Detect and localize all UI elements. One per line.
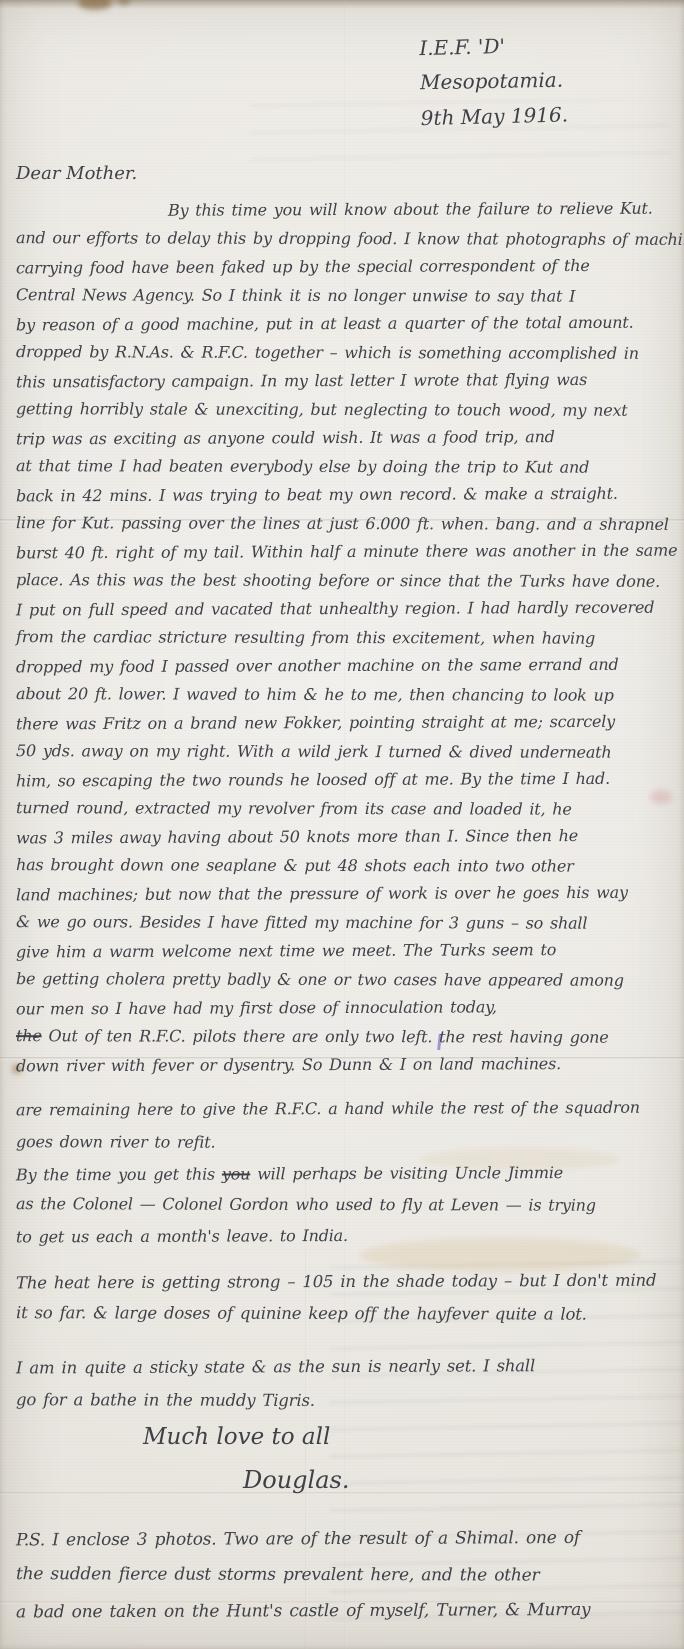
signature: Douglas. xyxy=(243,1466,684,1494)
para-1: By this time you will know about the fai… xyxy=(16,196,672,1080)
letter-header: I.E.F. 'D' Mesopotamia. 9th May 1916. xyxy=(419,25,671,135)
handwritten-line: By the time you get this you will perhap… xyxy=(16,1157,672,1191)
handwritten-line: at that time I had beaten everybody else… xyxy=(16,452,672,482)
handwritten-line: the sudden fierce dust storms prevalent … xyxy=(16,1556,672,1594)
handwritten-line: line for Kut. passing over the lines at … xyxy=(16,509,672,539)
postscript: P.S. I enclose 3 photos. Two are of the … xyxy=(16,1521,672,1629)
handwritten-line: as the Colonel — Colonel Gordon who used… xyxy=(16,1188,672,1221)
para-2: are remaining here to give the R.F.C. a … xyxy=(16,1092,672,1160)
handwritten-line: dropped by R.N.As. & R.F.C. together – w… xyxy=(16,338,672,368)
handwritten-line: By this time you will know about the fai… xyxy=(16,195,672,226)
handwritten-line: give him a warm welcome next time we mee… xyxy=(16,936,672,967)
handwritten-line: getting horribly stale & unexciting, but… xyxy=(16,395,672,425)
para-4: The heat here is getting strong – 105 in… xyxy=(16,1266,672,1330)
handwritten-line: about 20 ft. lower. I waved to him & he … xyxy=(16,680,672,710)
handwritten-line: burst 40 ft. right of my tail. Within ha… xyxy=(16,537,672,568)
handwritten-line: go for a bathe in the muddy Tigris. xyxy=(16,1383,672,1419)
handwritten-line: P.S. I enclose 3 photos. Two are of the … xyxy=(16,1520,672,1559)
handwritten-line: land machines; but now that the pressure… xyxy=(16,879,672,910)
handwritten-line: by reason of a good machine, put in at l… xyxy=(16,309,672,340)
handwritten-line: down river with fever or dysentry. So Du… xyxy=(16,1050,672,1081)
handwritten-line: I am in quite a sticky state & as the su… xyxy=(16,1349,672,1386)
handwritten-line: be getting cholera pretty badly & one or… xyxy=(16,965,672,995)
stain-spot xyxy=(118,0,130,5)
handwritten-line: this unsatisfactory campaign. In my last… xyxy=(16,366,672,397)
handwritten-line: I put on full speed and vacated that unh… xyxy=(16,594,672,625)
handwritten-line: carrying food have been faked up by the … xyxy=(16,252,672,283)
handwritten-line: 50 yds. away on my right. With a wild je… xyxy=(16,737,672,767)
para-5: I am in quite a sticky state & as the su… xyxy=(16,1350,672,1418)
handwritten-line: from the cardiac stricture resulting fro… xyxy=(16,623,672,653)
letter-page: I.E.F. 'D' Mesopotamia. 9th May 1916. De… xyxy=(0,0,684,1649)
handwritten-line: & we go ours. Besides I have fitted my m… xyxy=(16,908,672,938)
salutation: Dear Mother. xyxy=(16,163,672,184)
handwritten-line: and our efforts to delay this by droppin… xyxy=(16,224,672,254)
date-line: 9th May 1916. xyxy=(420,95,671,136)
handwritten-line: dropped my food I passed over another ma… xyxy=(16,651,672,682)
handwritten-line: turned round, extracted my revolver from… xyxy=(16,794,672,824)
handwritten-line: trip was as exciting as anyone could wis… xyxy=(16,423,672,454)
handwritten-line: place. As this was the best shooting bef… xyxy=(16,566,672,596)
place-line: Mesopotamia. xyxy=(420,61,671,101)
handwritten-line: it so far. & large doses of quinine keep… xyxy=(16,1297,672,1331)
handwritten-line: the Out of ten R.F.C. pilots there are o… xyxy=(16,1022,672,1052)
handwritten-line: him, so escaping the two rounds he loose… xyxy=(16,765,672,796)
para-3: By the time you get this you will perhap… xyxy=(16,1158,672,1251)
handwritten-line: are remaining here to give the R.F.C. a … xyxy=(16,1091,672,1128)
valediction: Much love to all xyxy=(143,1424,684,1450)
handwritten-line: goes down river to refit. xyxy=(16,1125,672,1161)
paper-top-edge-discoloration xyxy=(0,0,684,9)
handwritten-line: has brought down one seaplane & put 48 s… xyxy=(16,851,672,881)
handwritten-line: our men so I have had my first dose of i… xyxy=(16,993,672,1024)
handwritten-line: back in 42 mins. I was trying to beat my… xyxy=(16,480,672,511)
unit-line: I.E.F. 'D' xyxy=(419,25,670,66)
handwritten-line: to get us each a month's leave. to India… xyxy=(16,1219,672,1253)
stain-spot xyxy=(78,0,112,10)
handwritten-line: there was Fritz on a brand new Fokker, p… xyxy=(16,708,672,739)
handwritten-line: was 3 miles away having about 50 knots m… xyxy=(16,822,672,853)
handwritten-line: The heat here is getting strong – 105 in… xyxy=(16,1265,672,1300)
handwritten-line: a bad one taken on the Hunt's castle of … xyxy=(16,1592,672,1631)
handwritten-line: Central News Agency. So I think it is no… xyxy=(16,281,672,311)
